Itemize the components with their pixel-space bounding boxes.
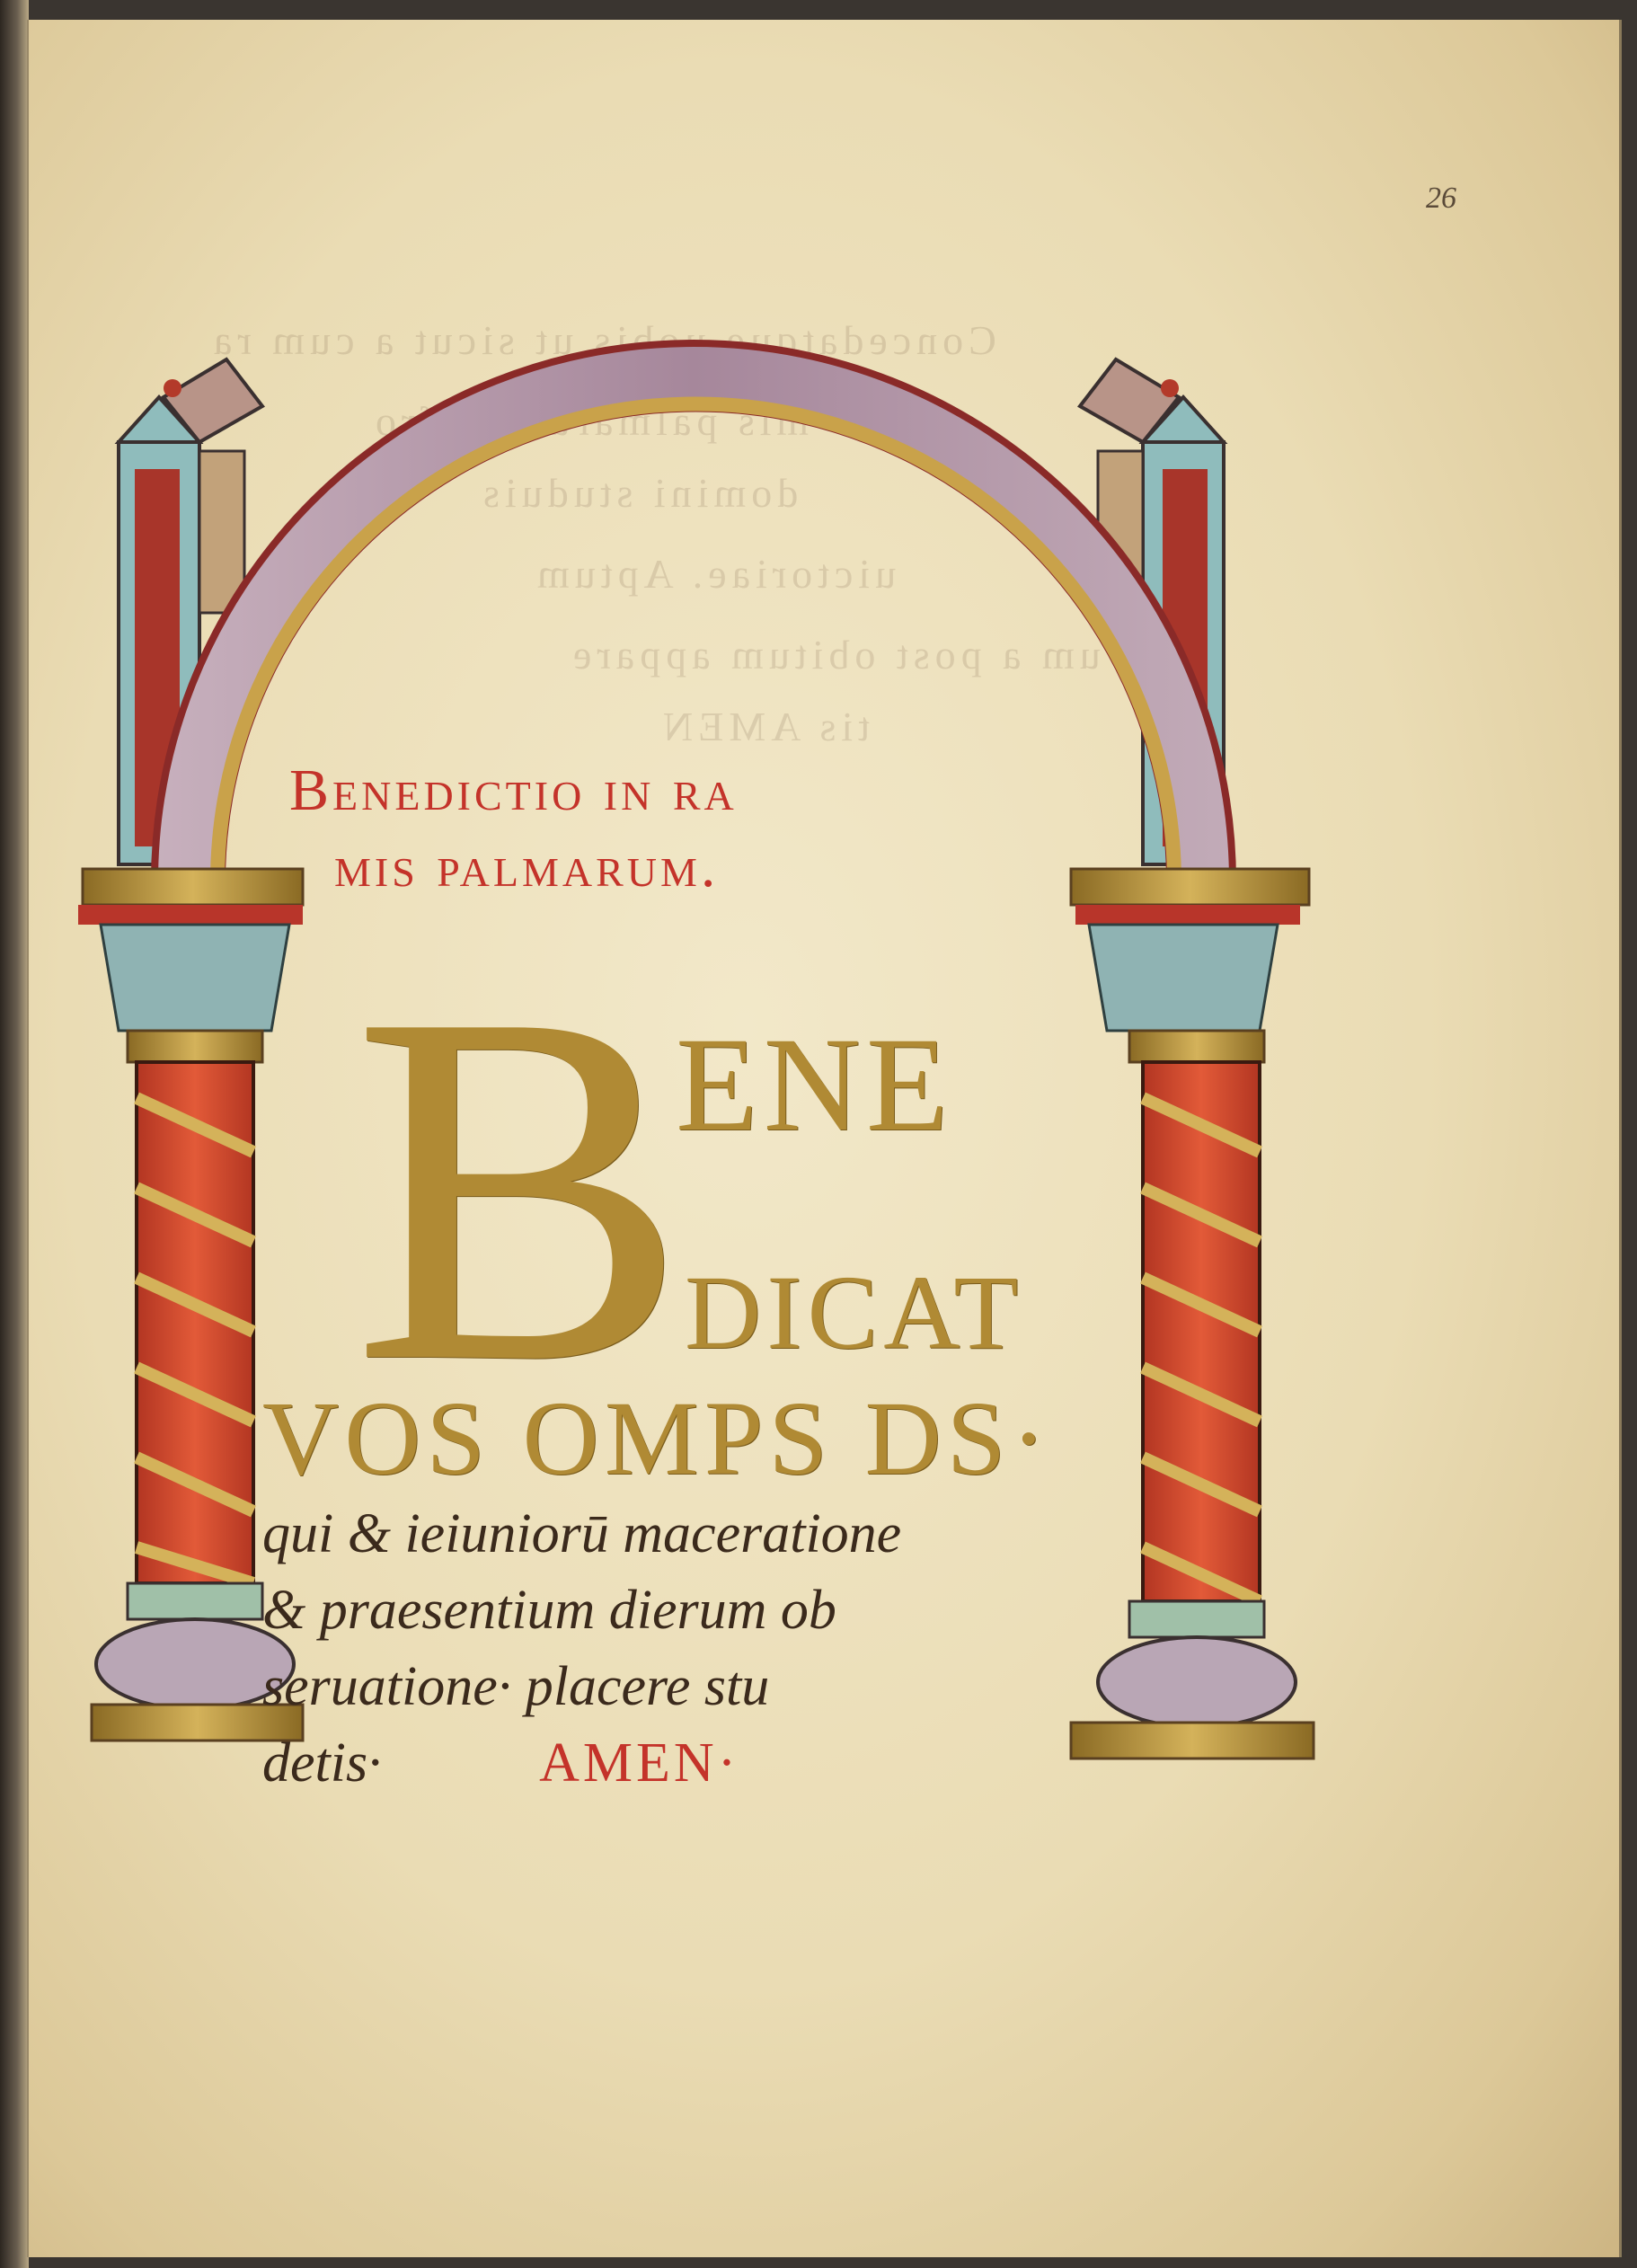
display-capitals-line-3: VOS OMPS DS· xyxy=(262,1386,1052,1492)
display-capitals-line-2: DICAT xyxy=(685,1260,1023,1366)
initial-letter: B xyxy=(352,936,688,1440)
book-gutter xyxy=(0,0,29,2268)
body-text-final: detis· xyxy=(262,1732,382,1794)
body-text-line-4: detis· AMEN· xyxy=(262,1732,739,1795)
body-text-line-1: qui & ieiuniorū maceratione xyxy=(262,1502,901,1566)
body-text-line-3: seruatione· placere stu xyxy=(262,1655,769,1719)
right-column xyxy=(1071,869,1314,1759)
amen-rubric: AMEN· xyxy=(539,1732,739,1794)
heading-rubric-line-1: Benedictio in ra xyxy=(289,757,738,825)
body-text-line-2: & praesentium dierum ob xyxy=(262,1579,836,1643)
display-capitals-line-1: ENE xyxy=(676,1017,954,1152)
manuscript-page: 26 Concedatque uobis ut sicut a cum ra m… xyxy=(27,20,1622,2257)
heading-rubric-line-2: mis palmarum. xyxy=(334,833,719,901)
